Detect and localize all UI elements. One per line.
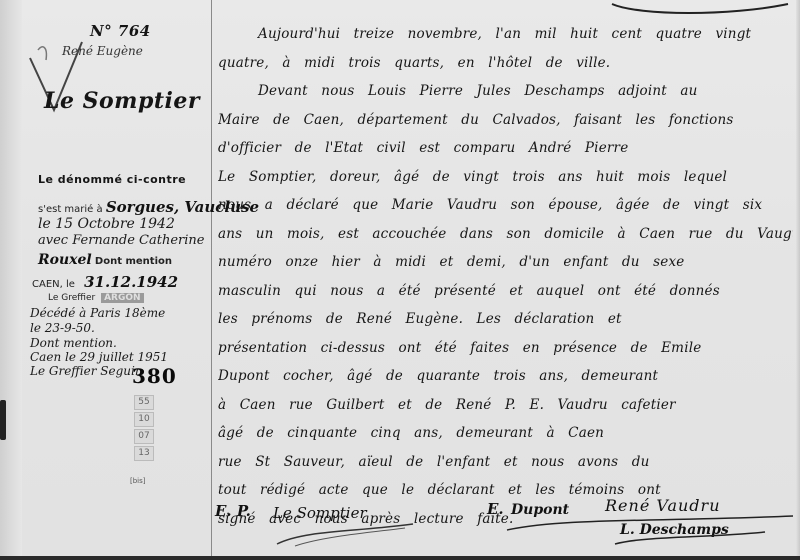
act-line: âgé de cinquante cinq ans, demeurant à C… bbox=[218, 419, 793, 448]
act-line: Maire de Caen, département du Calvados, … bbox=[218, 106, 793, 135]
signature-flourish-icon bbox=[275, 522, 415, 548]
act-line: numéro onze hier à midi et demi, d'un en… bbox=[218, 248, 793, 277]
margin-divider-line bbox=[211, 0, 212, 560]
act-body: Aujourd'hui treize novembre, l'an mil hu… bbox=[218, 20, 793, 533]
small-stamps: 55 10 07 13 bbox=[133, 395, 155, 461]
act-line: masculin qui nous a été présenté et auqu… bbox=[218, 277, 793, 306]
act-line: Le Somptier, doreur, âgé de vingt trois … bbox=[218, 163, 793, 192]
margin-first-names: René Eugène bbox=[62, 44, 143, 58]
small-stamp: 55 bbox=[134, 395, 154, 410]
act-line: ans un mois, est accouchée dans son domi… bbox=[218, 220, 793, 249]
spouse-surname-line: Rouxel Dont mention bbox=[38, 252, 172, 268]
scanned-register-page: N° 764 René Eugène Le Somptier Le dénomm… bbox=[0, 0, 800, 560]
act-line: les prénoms de René Eugène. Les déclarat… bbox=[218, 305, 793, 334]
signature-underline-flourish-icon bbox=[505, 510, 795, 546]
act-line: nous a déclaré que Marie Vaudru son épou… bbox=[218, 191, 793, 220]
binding-mark bbox=[0, 400, 6, 440]
registrar-stamp: ARGON bbox=[101, 293, 143, 303]
page-bottom-edge bbox=[0, 556, 800, 560]
death-line-4: Caen le 29 juillet 1951 bbox=[30, 350, 168, 364]
small-label: [bis] bbox=[130, 477, 146, 485]
mention-suffix: Dont mention bbox=[95, 256, 172, 267]
small-stamp: 07 bbox=[134, 429, 154, 444]
registrar-label: Le Greffier bbox=[48, 293, 95, 303]
registrar-line: Le Greffier ARGON bbox=[48, 293, 144, 303]
city-date: 31.12.1942 bbox=[84, 273, 178, 291]
spouse-surname: Rouxel bbox=[38, 252, 92, 268]
margin-surname: Le Somptier bbox=[44, 88, 200, 114]
city-date-line: CAEN, le 31.12.1942 bbox=[32, 273, 178, 291]
marriage-date: le 15 Octobre 1942 bbox=[38, 216, 175, 232]
act-line: Aujourd'hui treize novembre, l'an mil hu… bbox=[218, 20, 793, 49]
register-number: 380 bbox=[132, 364, 177, 388]
death-line-2: le 23-9-50. bbox=[30, 321, 95, 335]
signature-witness-initial: E. bbox=[487, 500, 504, 518]
top-flourish-icon bbox=[610, 0, 790, 18]
act-line: à Caen rue Guilbert et de René P. E. Vau… bbox=[218, 391, 793, 420]
city-prefix: CAEN, le bbox=[32, 279, 75, 290]
signature-initials: E. P. bbox=[215, 502, 251, 520]
signatures-area: E. P. Le Somptier E. Dupont René Vaudru … bbox=[215, 498, 790, 548]
death-line-3: Dont mention. bbox=[30, 336, 117, 350]
act-line: Devant nous Louis Pierre Jules Deschamps… bbox=[218, 77, 793, 106]
death-line-1: Décédé à Paris 18ème bbox=[30, 306, 165, 320]
act-line: rue St Sauveur, aïeul de l'enfant et nou… bbox=[218, 448, 793, 477]
page-binding-edge bbox=[0, 0, 22, 560]
page-right-edge bbox=[796, 0, 800, 560]
act-line: d'officier de l'Etat civil est comparu A… bbox=[218, 134, 793, 163]
small-stamp: 13 bbox=[134, 446, 154, 461]
marriage-stamp-title: Le dénommé ci-contre bbox=[38, 173, 186, 186]
spouse-line: avec Fernande Catherine bbox=[38, 233, 205, 248]
act-line: Dupont cocher, âgé de quarante trois ans… bbox=[218, 362, 793, 391]
married-prefix: s'est marié à bbox=[38, 204, 103, 215]
small-stamp: 10 bbox=[134, 412, 154, 427]
act-line: présentation ci-dessus ont été faites en… bbox=[218, 334, 793, 363]
entry-number: N° 764 bbox=[90, 22, 151, 40]
margin-column: N° 764 René Eugène Le Somptier Le dénomm… bbox=[22, 0, 211, 560]
death-line-5: Le Greffier Seguin bbox=[30, 364, 143, 378]
act-line: quatre, à midi trois quarts, en l'hôtel … bbox=[218, 49, 793, 78]
signature-father: Le Somptier bbox=[273, 504, 367, 522]
